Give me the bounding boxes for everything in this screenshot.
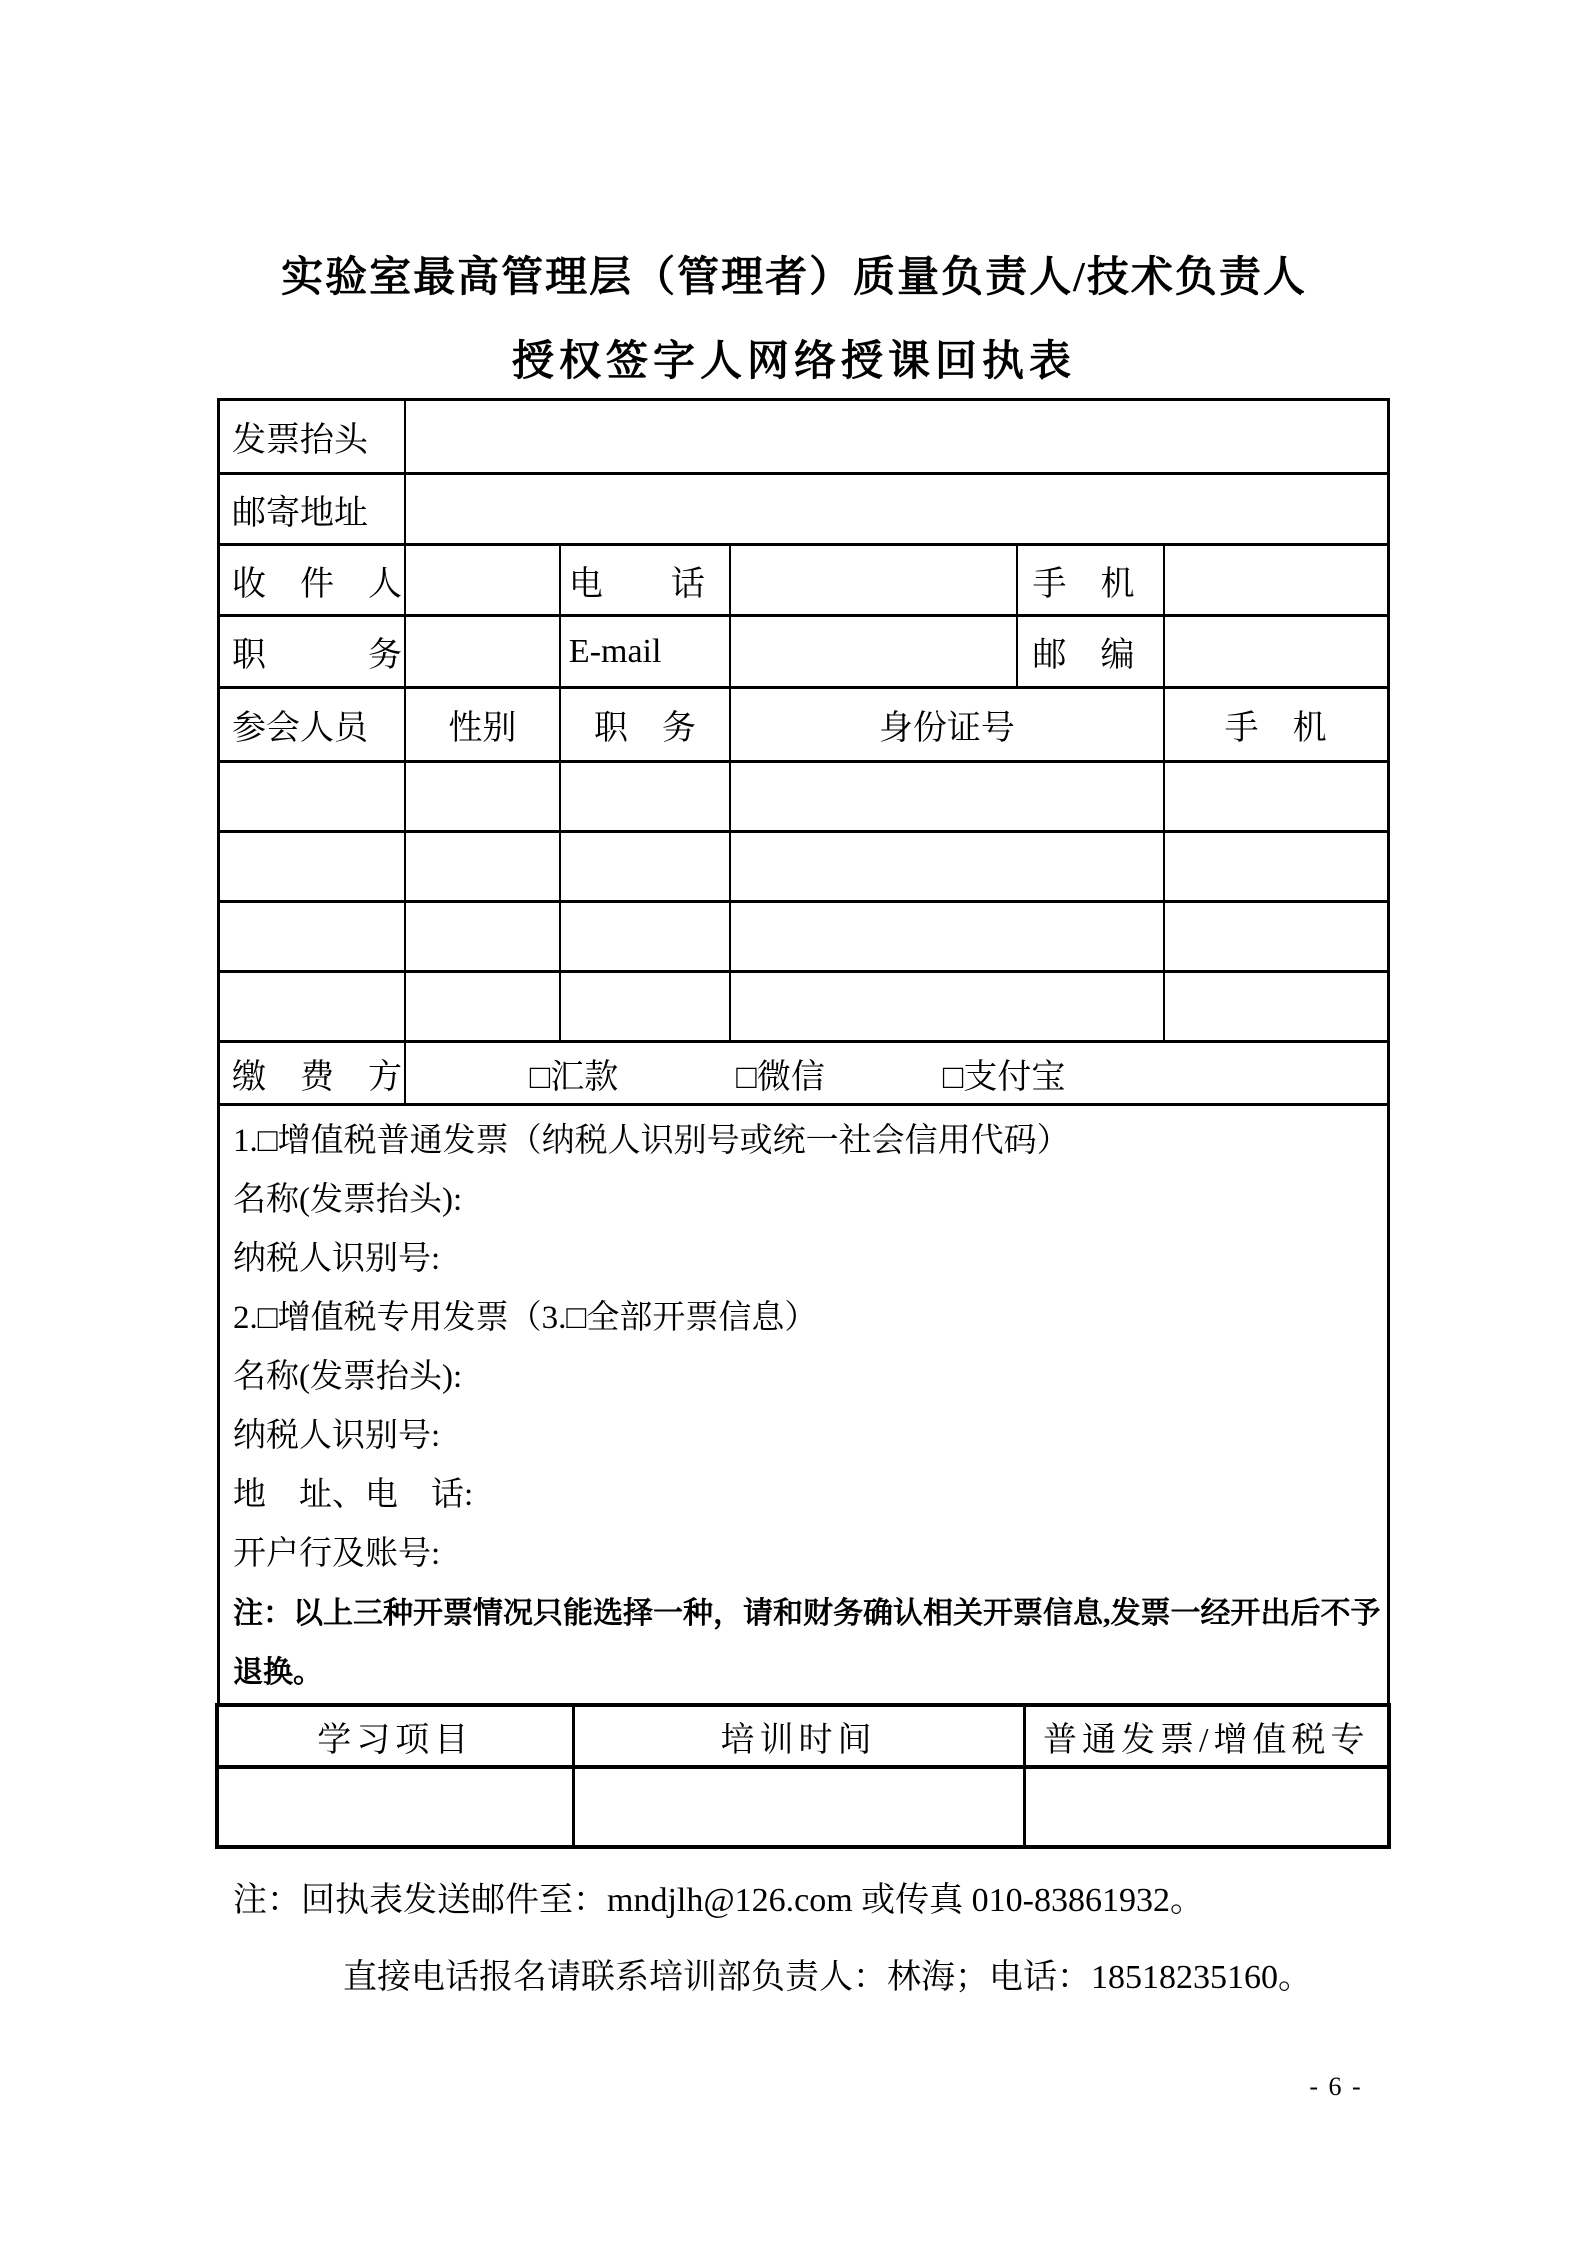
training-time-header: 培训时间 [573,1705,1024,1767]
payment-method-label: 缴 费 方 [219,1042,405,1105]
address-phone-line: 地 址、电 话: [233,1466,1381,1525]
position-input-cell[interactable] [405,616,560,688]
attendee-mobile-header: 手 机 [1164,688,1388,762]
attendee-mobile-cell[interactable] [1164,972,1388,1042]
course-header-row: 学习项目 培训时间 普通发票/增值税专 [217,1705,1389,1767]
attendee-id-header: 身份证号 [730,688,1164,762]
recipient-input-cell[interactable] [405,545,560,616]
attendee-row [219,902,1389,972]
recipient-row: 收 件 人 电 话 手 机 [219,545,1389,616]
attendees-header-row: 参会人员 性别 职 务 身份证号 手 机 [219,688,1389,762]
training-time-cell[interactable] [573,1767,1024,1847]
invoice-name-line: 名称(发票抬头): [233,1348,1381,1407]
invoice-type-cell[interactable] [1024,1767,1389,1847]
invoice-type-header: 普通发票/增值税专 [1024,1705,1389,1767]
attendee-name-header: 参会人员 [219,688,405,762]
mobile-label: 手 机 [1017,545,1163,616]
attendee-gender-cell[interactable] [405,762,560,832]
payment-options-cell: □汇款□微信□支付宝 [405,1042,1388,1105]
invoice-option-1-line[interactable]: 1.□增值税普通发票（纳税人识别号或统一社会信用代码） [233,1112,1381,1171]
postcode-label: 邮 编 [1017,616,1163,688]
attendee-position-cell[interactable] [560,972,730,1042]
invoice-title-input-cell[interactable] [405,400,1388,474]
invoice-title-label: 发票抬头 [219,400,405,474]
page-number: - 6 - [1293,2072,1379,2102]
phone-label: 电 话 [560,545,730,616]
taxpayer-id-line: 纳税人识别号: [233,1230,1381,1289]
attendee-id-cell[interactable] [730,972,1164,1042]
attendee-mobile-cell[interactable] [1164,832,1388,902]
note-phone-contact: 直接电话报名请联系培训部负责人：林海；电话：18518235160。 [343,1949,1312,1998]
attendee-gender-cell[interactable] [405,902,560,972]
attendee-position-header: 职 务 [560,688,730,762]
attendee-name-cell[interactable] [219,832,405,902]
email-input-cell[interactable] [730,616,1017,688]
checkbox-alipay[interactable]: □支付宝 [943,1049,1066,1098]
attendee-row [219,972,1389,1042]
invoice-option-2-line[interactable]: 2.□增值税专用发票（3.□全部开票信息） [233,1289,1381,1348]
invoice-note-line-2: 退换。 [233,1643,1381,1702]
attendee-position-cell[interactable] [560,832,730,902]
attendee-name-cell[interactable] [219,762,405,832]
mailing-address-label: 邮寄地址 [219,474,405,545]
phone-input-cell[interactable] [730,545,1017,616]
invoice-info-cell: 1.□增值税普通发票（纳税人识别号或统一社会信用代码） 名称(发票抬头): 纳税… [219,1105,1389,1705]
invoice-note-line: 注：以上三种开票情况只能选择一种，请和财务确认相关开票信息,发票一经开出后不予 [233,1584,1381,1643]
invoice-info-row: 1.□增值税普通发票（纳税人识别号或统一社会信用代码） 名称(发票抬头): 纳税… [219,1105,1389,1705]
attendee-row [219,832,1389,902]
invoice-name-line: 名称(发票抬头): [233,1171,1381,1230]
attendee-gender-cell[interactable] [405,972,560,1042]
position-label: 职 务 [219,616,405,688]
course-name-cell[interactable] [217,1767,573,1847]
contact-table: 发票抬头 邮寄地址 收 件 人 电 话 手 机 职 务 E-mail 邮 编 参… [217,398,1390,1706]
email-label: E-mail [560,616,730,688]
document-page: 实验室最高管理层（管理者）质量负责人/技术负责人 授权签字人网络授课回执表 发票… [0,0,1588,2245]
note-email-fax: 注：回执表发送邮件至：mndjlh@126.com 或传真 010-838619… [233,1872,1204,1921]
attendee-name-cell[interactable] [219,902,405,972]
course-row [217,1767,1389,1847]
invoice-title-row: 发票抬头 [219,400,1389,474]
mobile-input-cell[interactable] [1164,545,1388,616]
attendee-id-cell[interactable] [730,762,1164,832]
taxpayer-id-line: 纳税人识别号: [233,1407,1381,1466]
attendee-mobile-cell[interactable] [1164,762,1388,832]
attendee-position-cell[interactable] [560,902,730,972]
mailing-address-input-cell[interactable] [405,474,1388,545]
course-name-header: 学习项目 [217,1705,573,1767]
attendee-gender-header: 性别 [405,688,560,762]
attendee-row [219,762,1389,832]
attendee-id-cell[interactable] [730,832,1164,902]
checkbox-remittance[interactable]: □汇款 [530,1049,619,1098]
course-table: 学习项目 培训时间 普通发票/增值税专 [215,1703,1391,1849]
recipient-label: 收 件 人 [219,545,405,616]
mailing-address-row: 邮寄地址 [219,474,1389,545]
attendee-position-cell[interactable] [560,762,730,832]
doc-title-line-1: 实验室最高管理层（管理者）质量负责人/技术负责人 [0,244,1588,304]
bank-account-line: 开户行及账号: [233,1525,1381,1584]
attendee-gender-cell[interactable] [405,832,560,902]
postcode-input-cell[interactable] [1164,616,1388,688]
attendee-mobile-cell[interactable] [1164,902,1388,972]
attendee-id-cell[interactable] [730,902,1164,972]
doc-title-line-2: 授权签字人网络授课回执表 [0,328,1588,388]
payment-method-row: 缴 费 方 □汇款□微信□支付宝 [219,1042,1389,1105]
checkbox-wechat[interactable]: □微信 [736,1049,825,1098]
attendee-name-cell[interactable] [219,972,405,1042]
position-row: 职 务 E-mail 邮 编 [219,616,1389,688]
